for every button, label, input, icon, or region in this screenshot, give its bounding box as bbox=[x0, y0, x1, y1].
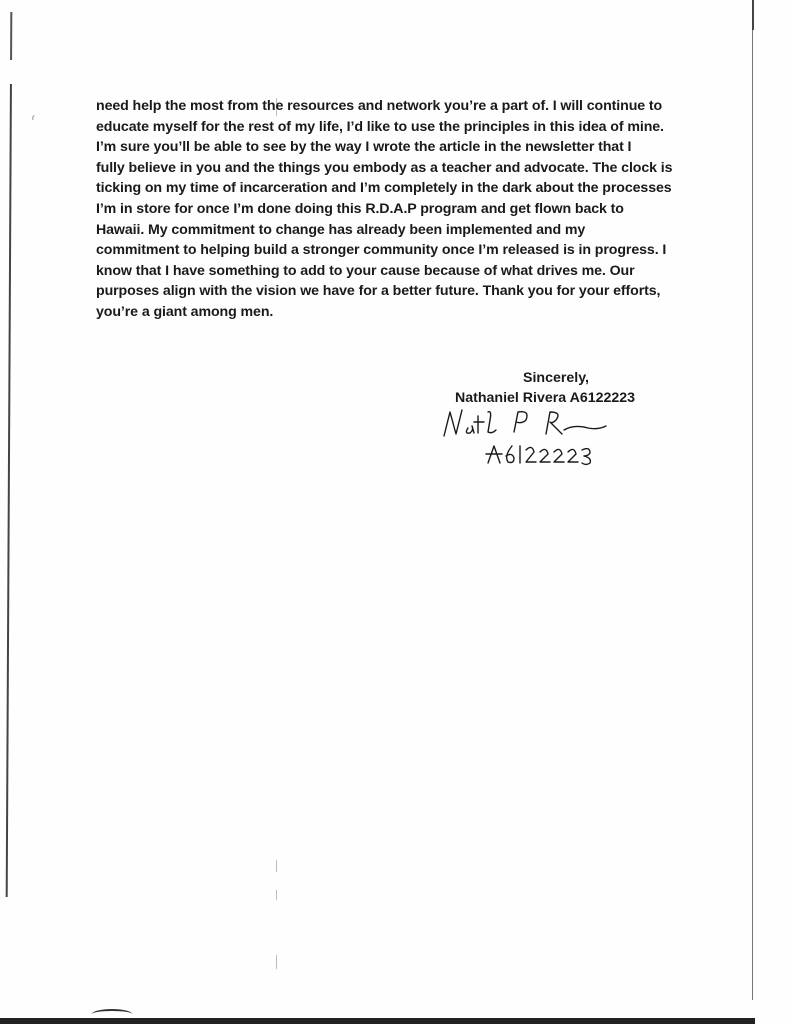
letter-closing: Sincerely, Nathaniel Rivera A6122223 bbox=[455, 368, 675, 408]
letter-line: need help the most from the resources an… bbox=[96, 96, 716, 117]
scanned-letter-page: ɾ need help the most from the resources … bbox=[0, 0, 786, 1024]
scan-right-edge bbox=[752, 0, 753, 1000]
fold-mark bbox=[276, 860, 277, 872]
letter-body: need help the most from the resources an… bbox=[96, 96, 716, 323]
letter-line: educate myself for the rest of my life, … bbox=[96, 117, 716, 138]
scan-right-edge-mark bbox=[752, 0, 754, 30]
letter-line: fully believe in you and the things you … bbox=[96, 158, 716, 179]
scan-speck: ɾ bbox=[32, 113, 35, 122]
fold-mark bbox=[276, 955, 277, 969]
letter-line: you’re a giant among men. bbox=[96, 302, 716, 323]
letter-line: ticking on my time of incarceration and … bbox=[96, 178, 716, 199]
scan-left-edge bbox=[6, 12, 13, 897]
letter-line: know that I have something to add to you… bbox=[96, 261, 716, 282]
fold-mark bbox=[276, 890, 277, 900]
handwritten-signature bbox=[438, 408, 618, 468]
letter-line: commitment to helping build a stronger c… bbox=[96, 240, 716, 261]
scan-bottom-curl bbox=[92, 1009, 132, 1019]
signer-name: Nathaniel Rivera A6122223 bbox=[455, 388, 675, 408]
letter-line: Hawaii. My commitment to change has alre… bbox=[96, 220, 716, 241]
letter-line: purposes align with the vision we have f… bbox=[96, 281, 716, 302]
salutation: Sincerely, bbox=[455, 368, 675, 388]
letter-line: I’m in store for once I’m done doing thi… bbox=[96, 199, 716, 220]
letter-line: I’m sure you’ll be able to see by the wa… bbox=[96, 137, 716, 158]
